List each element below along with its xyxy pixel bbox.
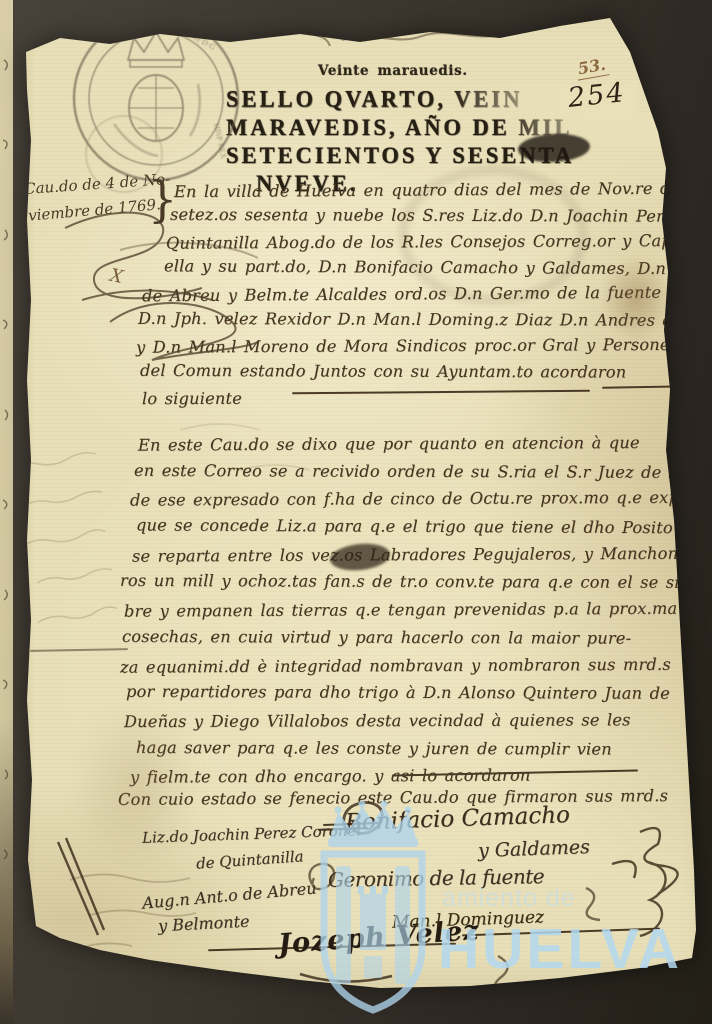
document-page: Veinte marauedis. SELLO QVARTO, VEIN MAR…: [0, 0, 712, 1024]
manuscript-line: y D.n Man.l Moreno de Mora Sindicos proc…: [136, 334, 712, 363]
royal-seal-stamp-icon: CAROLVS III·D·G HISP·REX: [64, 4, 244, 196]
manuscript-line: En este Cau.do se dixo que por quanto en…: [138, 432, 712, 463]
manuscript-line: ros un mill y ochoz.tas fan.s de tr.o co…: [120, 571, 712, 601]
ink-rule: [30, 648, 128, 652]
manuscript-line: en este Correo se a recivido orden de su…: [134, 461, 712, 491]
manuscript-line: por repartidores para dho trigo à D.n Al…: [126, 682, 712, 712]
manuscript-line: setez.os sesenta y nuebe los S.res Liz.d…: [170, 205, 712, 233]
signature-manuel-dominguez: Man.l Dominguez: [392, 907, 545, 932]
page-shadow-wrap: Veinte marauedis. SELLO QVARTO, VEIN MAR…: [0, 0, 712, 1024]
signature-geronimo-de-la-fuente: Geronimo de la fuente: [328, 864, 544, 892]
manuscript-line: En la villa de Huelva en quatro dias del…: [174, 178, 712, 208]
manuscript-line: de Abreu y Belm.te Alcaldes ord.os D.n G…: [142, 282, 712, 313]
folio-number: 53.: [574, 54, 609, 80]
signature-abreu-line2: y Belmonte: [158, 912, 250, 936]
manuscript-line: Dueñas y Diego Villalobos desta vecindad…: [124, 710, 712, 740]
margin-cross-mark: X: [108, 265, 125, 288]
signature-perez-coronel-line2: de Quintanilla: [196, 847, 305, 872]
manuscript-paragraph-1: En la villa de Huelva en quatro dias del…: [136, 180, 712, 414]
tax-stamp-motto: Veinte marauedis.: [318, 63, 468, 79]
manuscript-line: que se concede Liz.a para q.e el trigo q…: [136, 515, 712, 546]
manuscript-line: bre y empanen las tierras q.e tengan pre…: [124, 598, 712, 629]
ink-fade-patch: [498, 113, 663, 144]
manuscript-line: ella y su part.do, D.n Bonifacio Camacho…: [164, 256, 712, 285]
svg-text:CAROLVS: CAROLVS: [99, 21, 136, 46]
manuscript-closing-line: Con cuio estado se fenecio este Cau.do q…: [118, 786, 668, 809]
manuscript-line: za equanimi.dd è integridad nombravan y …: [120, 654, 712, 685]
manuscript-line: Quintanilla Abog.do de los R.les Consejo…: [166, 230, 712, 259]
manuscript-paragraph-2: En este Cau.do se dixo que por quanto en…: [120, 434, 712, 794]
signature-bonifacio-camacho: Bonifacio Camacho: [345, 802, 571, 836]
manuscript-line: se reparta entre los vez.os Labradores P…: [132, 543, 712, 574]
page-number: 254: [567, 77, 627, 114]
manuscript-line: haga saver para q.e les conste y juren d…: [136, 737, 712, 767]
signature-galdames: y Galdames: [478, 836, 591, 862]
tax-stamp-line-3: SETECIENTOS Y SESENTA: [226, 141, 574, 169]
manuscript-line: D.n Jph. velez Rexidor D.n Man.l Doming.…: [138, 309, 712, 337]
manuscript-line: del Comun estando Juntos con su Ayuntam.…: [140, 361, 712, 389]
signature-perez-coronel-line1: Liz.do Joachin Perez Coronel: [142, 821, 362, 847]
manuscript-line: de ese expresado con f.ha de cinco de Oc…: [130, 488, 712, 519]
scanned-document-view: Veinte marauedis. SELLO QVARTO, VEIN MAR…: [0, 0, 712, 1024]
svg-text:III·D·G: III·D·G: [191, 32, 217, 52]
manuscript-line: cosechas, en cuia virtud y para hacerlo …: [122, 627, 712, 657]
signature-abreu-line1: Aug.n Ant.o de Abreu: [142, 878, 318, 912]
